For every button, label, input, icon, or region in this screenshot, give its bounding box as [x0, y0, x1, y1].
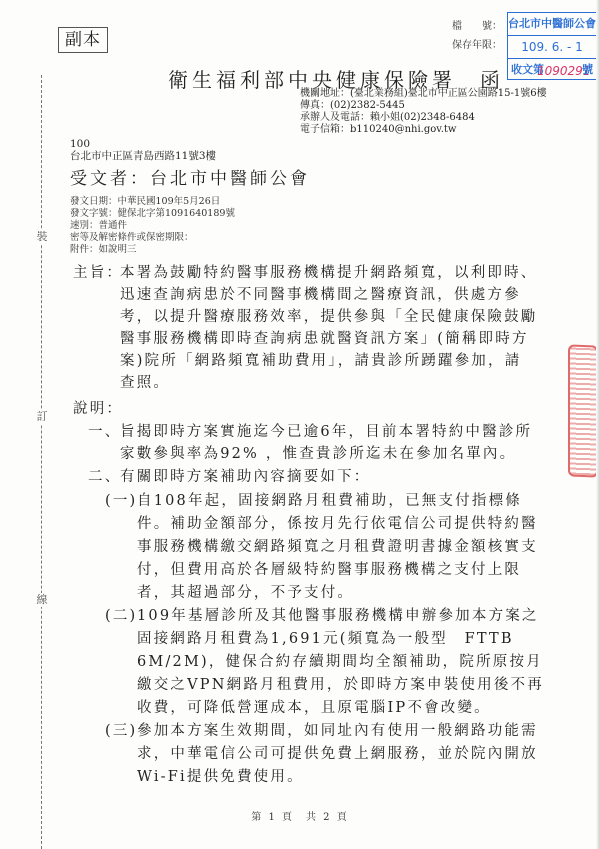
handler-phone: 承辦人及電話：賴小姐(02)2348-6484	[300, 112, 475, 124]
subject-line: 考，以提升醫療服務效率，提供參與「全民健康保險鼓勵	[120, 306, 538, 328]
recipient-address: 台北市中正區青島西路11號3樓	[70, 150, 216, 162]
stamp-date: 109. 6. - 1	[508, 36, 596, 59]
agency-address: 機關地址：(臺北業務組)臺北市中正區公園路15-1號6樓	[300, 88, 547, 100]
delivery-speed: 速別：普通件	[70, 220, 127, 231]
retention-label: 保存年限：	[452, 40, 502, 51]
subitem2-line: 6M/2M)，健保合約存續期間均全額補助，院所原按月	[137, 651, 543, 673]
secrecy-level: 密等及解密條件或保密期限：	[70, 232, 194, 243]
fold-mark-xian: 線	[35, 593, 49, 607]
recipient-postal-code: 100	[70, 138, 90, 150]
subitem1-line: 件。補助金額部分，係按月先行依電信公司提供特約醫	[137, 513, 538, 535]
binding-fold-line	[41, 75, 42, 849]
agency-email: 電子信箱：b110240@nhi.gov.tw	[300, 124, 456, 136]
item1-line: 旨揭即時方案實施迄今已逾6年，目前本署特約中醫診所	[120, 421, 532, 443]
stamp-receipt-suffix: 號	[582, 59, 593, 81]
explanation-label: 說明：	[73, 398, 123, 420]
subject-line: 醫事服務機構即時查詢病患就醫資訊方案」(簡稱即時方	[120, 328, 529, 350]
file-number-label: 檔 號：	[452, 21, 502, 32]
subitem2-line: 固接網路月租費為1,691元(頻寬為一般型 FTTB	[137, 628, 514, 650]
subitem-marker: (三)	[105, 720, 137, 742]
subject-line: 查照。	[120, 372, 170, 394]
subitem1-line: 自108年起，固接網路月租費補助，已無支付指標條	[137, 490, 522, 512]
subitem1-line: 事服務機構繳交網路頻寬之月租費證明書據金額核實支	[137, 536, 538, 558]
stamp-org: 台北市中醫師公會	[508, 13, 596, 36]
subject-label: 主旨：	[73, 262, 123, 284]
fold-mark-zhuang: 裝	[35, 230, 49, 244]
red-seal-stamp	[568, 344, 598, 477]
subitem3-line: Wi-Fi提供免費使用。	[137, 766, 304, 788]
item-marker: 二、	[88, 466, 121, 488]
issue-number: 發文字號：健保北字第1091640189號	[70, 208, 235, 219]
copy-label-box: 副本	[58, 27, 108, 53]
subitem3-line: 求，中華電信公司可提供免費上網服務，並於院內開放	[137, 743, 538, 765]
item1-line: 家數參與率為92% ，惟查貴診所迄未在參加名單內。	[120, 443, 516, 465]
subitem-marker: (二)	[105, 605, 137, 627]
item-marker: 一、	[88, 421, 121, 443]
item2-line: 有關即時方案補助內容摘要如下：	[120, 466, 371, 488]
subject-line: 迅速查詢病患於不同醫事機構間之醫療資訊，供處方參	[120, 284, 521, 306]
subitem1-line: 者，其超過部分，不予支付。	[137, 582, 354, 604]
subitem1-line: 付，但費用高於各層級特約醫事服務機構之支付上限	[137, 559, 521, 581]
attachment-note: 附件：如說明三	[70, 244, 137, 255]
stamp-receipt-row: 收文第 1090291 號	[508, 59, 596, 81]
issue-date: 發文日期：中華民國109年5月26日	[70, 196, 220, 207]
subitem-marker: (一)	[105, 490, 137, 512]
subitem3-line: 參加本方案生效期間，如同址內有使用一般網路功能需	[137, 720, 538, 742]
page-edge-shadow	[596, 0, 600, 849]
recipient-line: 受文者：台北市中醫師公會	[70, 164, 310, 189]
subitem2-line: 繳交之VPN網路月租費用，於即時方案申裝使用後不再	[137, 674, 544, 696]
fold-mark-ding: 訂	[35, 410, 49, 424]
agency-fax: 傳真：(02)2382-5445	[300, 100, 405, 112]
page-number: 第 1 頁 共 2 頁	[0, 808, 600, 823]
receipt-stamp: 台北市中醫師公會 109. 6. - 1 收文第 1090291 號	[507, 12, 597, 80]
subitem2-line: 收費，可降低營運成本，且原電腦IP不會改變。	[137, 697, 491, 719]
subject-line: 本署為鼓勵特約醫事服務機構提升網路頻寬，以利即時、	[120, 262, 538, 284]
subject-line: 案)院所「網路頻寬補助費用」，請貴診所踴躍參加，請	[120, 350, 521, 372]
subitem2-line: 109年基層診所及其他醫事服務機構申辦參加本方案之	[137, 605, 539, 627]
